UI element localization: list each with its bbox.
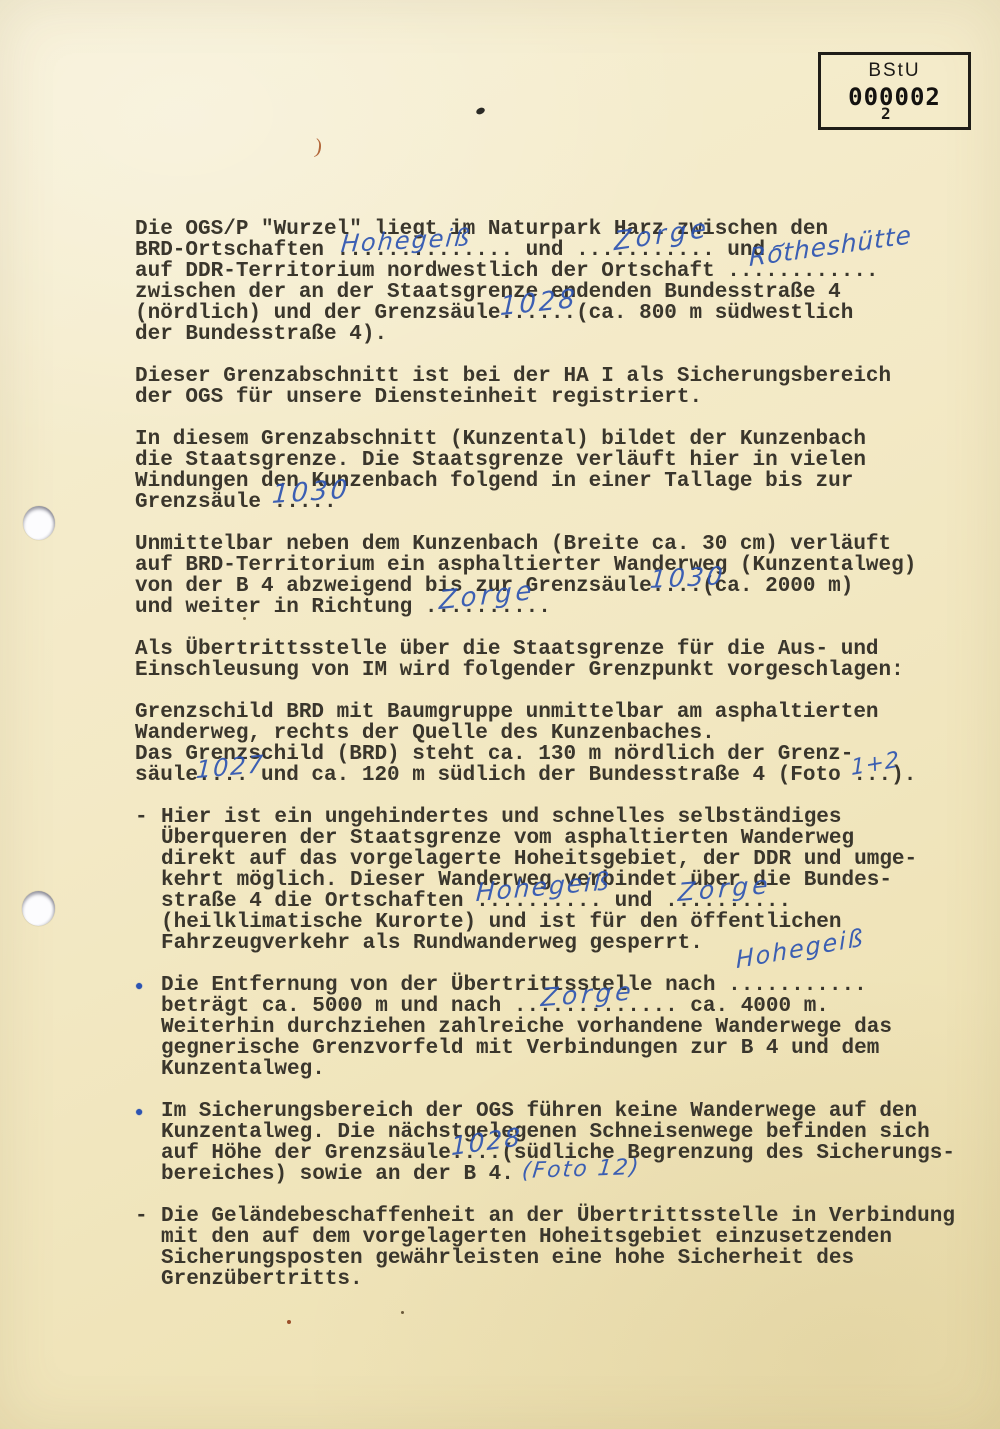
text-line: Kunzentalweg. xyxy=(161,1059,965,1080)
typed-text: der OGS für unsere Diensteinheit registr… xyxy=(135,386,702,409)
punch-hole-top xyxy=(23,506,55,540)
handwritten-annotation: Hohegeiß xyxy=(340,227,472,255)
text-line: Unmittelbar neben dem Kunzenbach (Breite… xyxy=(135,534,965,555)
typed-text: Die Entfernung von der Übertrittsstelle … xyxy=(161,974,728,997)
paragraph: Die OGS/P "Wurzel" liegt im Naturpark Ha… xyxy=(135,219,965,345)
typed-text: der Bundesstraße 4). xyxy=(135,323,387,346)
paragraph: In diesem Grenzabschnitt (Kunzental) bil… xyxy=(135,429,965,513)
handwritten-annotation: 1030 xyxy=(649,565,726,590)
typed-text: Grenzübertritts. xyxy=(161,1268,363,1291)
text-line: (nördlich) und der Grenzsäule1028......(… xyxy=(135,303,965,324)
text-line: von der B 4 abzweigend bis zur Grenzsäul… xyxy=(135,576,965,597)
typed-text: mit den auf dem vorgelagerten Hoheitsgeb… xyxy=(161,1226,892,1249)
typed-text: Unmittelbar neben dem Kunzenbach (Breite… xyxy=(135,533,891,556)
typed-text: Einschleusung von IM wird folgender Gren… xyxy=(135,659,904,682)
paragraph: Grenzschild BRD mit Baumgruppe unmittelb… xyxy=(135,702,965,786)
text-line: mit den auf dem vorgelagerten Hoheitsgeb… xyxy=(161,1227,965,1248)
typed-text: Im Sicherungsbereich der OGS führen kein… xyxy=(161,1100,917,1123)
paragraph: ●Im Sicherungsbereich der OGS führen kei… xyxy=(135,1101,965,1185)
paragraph: Unmittelbar neben dem Kunzenbach (Breite… xyxy=(135,534,965,618)
text-line: Hier ist ein ungehindertes und schnelles… xyxy=(161,807,965,828)
text-line: Die Geländebeschaffenheit an der Übertri… xyxy=(161,1206,965,1227)
text-line: Sicherungsposten gewährleisten eine hohe… xyxy=(161,1248,965,1269)
handwritten-annotation: 1030 xyxy=(271,479,350,506)
typed-text: direkt auf das vorgelagerte Hoheitsgebie… xyxy=(161,848,917,871)
handwritten-annotation: (Foto 12) xyxy=(521,1157,642,1182)
typed-text: säule xyxy=(135,764,198,787)
text-line: und weiter in Richtung .Zorge......... xyxy=(135,597,965,618)
text-line: Überqueren der Staatsgrenze vom asphalti… xyxy=(161,828,965,849)
typed-text: straße 4 die Ortschaften xyxy=(161,890,476,913)
scanned-document-page: BStU 000002 2 Die OGS/P "Wurzel" liegt i… xyxy=(0,0,1000,1429)
dash-bullet-marker: - xyxy=(135,1206,161,1227)
text-line: Kunzentalweg. Die nächstgelegenen Schnei… xyxy=(161,1122,965,1143)
typed-text: Dieser Grenzabschnitt ist bei der HA I a… xyxy=(135,365,891,388)
typed-text: (nördlich) und der Grenzsäule xyxy=(135,302,500,325)
handwritten-annotation: Zorge xyxy=(677,874,772,903)
text-line: gegnerische Grenzvorfeld mit Verbindunge… xyxy=(161,1038,965,1059)
typed-text: Hier ist ein ungehindertes und schnelles… xyxy=(161,806,842,829)
text-line: der OGS für unsere Diensteinheit registr… xyxy=(135,387,965,408)
stamp-serial-number: 000002 xyxy=(821,83,968,111)
text-line: direkt auf das vorgelagerte Hoheitsgebie… xyxy=(161,849,965,870)
bstu-stamp-box: BStU 000002 2 xyxy=(818,52,971,130)
text-line: Einschleusung von IM wird folgender Gren… xyxy=(135,660,965,681)
paragraph: Als Übertrittsstelle über die Staatsgren… xyxy=(135,639,965,681)
text-line: auf DDR-Territorium nordwestlich der Ort… xyxy=(135,261,965,282)
text-line: auf BRD-Territorium ein asphaltierter Wa… xyxy=(135,555,965,576)
stray-ink-mark: ) xyxy=(314,136,324,158)
handwritten-annotation: 1027 xyxy=(195,754,265,781)
stamp-label: BStU xyxy=(821,60,968,82)
dash-bullet-marker: - xyxy=(135,807,161,828)
paper-speck xyxy=(401,1311,404,1314)
typed-text: und weiter in Richtung . xyxy=(135,596,437,619)
typed-text: Fahrzeugverkehr als Rundwanderweg gesper… xyxy=(161,932,703,955)
handwritten-annotation: 1028 xyxy=(500,289,578,318)
typed-text: auf Höhe der Grenzsäule xyxy=(161,1142,451,1165)
typed-text: Die OGS/P "Wurzel" liegt im Naturpark Ha… xyxy=(135,218,828,241)
typed-text: auf BRD-Territorium ein asphaltierter Wa… xyxy=(135,554,916,577)
typed-text: Grenzsäule xyxy=(135,491,274,514)
typed-text: BRD-Ortschaften xyxy=(135,239,337,262)
text-line: Im Sicherungsbereich der OGS führen kein… xyxy=(161,1101,965,1122)
paragraph: Dieser Grenzabschnitt ist bei der HA I a… xyxy=(135,366,965,408)
text-line: Grenzschild BRD mit Baumgruppe unmittelb… xyxy=(135,702,965,723)
typed-text: .... und ca. 120 m südlich der Bundesstr… xyxy=(198,764,853,787)
typed-text: (heilklimatische Kurorte) und ist für de… xyxy=(161,911,842,934)
typed-text: beträgt ca. 5000 m und nach .. xyxy=(161,995,539,1018)
text-line: der Bundesstraße 4). xyxy=(135,324,965,345)
typed-text: bereiches) sowie an der B 4. xyxy=(161,1163,514,1186)
stamp-page-number: 2 xyxy=(881,104,891,123)
paper-speck xyxy=(475,106,486,115)
pen-bullet-marker: ● xyxy=(135,1101,161,1124)
typed-text: Grenzschild BRD mit Baumgruppe unmittelb… xyxy=(135,701,879,724)
typed-text: gegnerische Grenzvorfeld mit Verbindunge… xyxy=(161,1037,879,1060)
typed-text: Kunzentalweg. Die nächstgelegenen Schnei… xyxy=(161,1121,930,1144)
text-line: In diesem Grenzabschnitt (Kunzental) bil… xyxy=(135,429,965,450)
text-line: beträgt ca. 5000 m und nach ..Zorge.....… xyxy=(161,996,965,1017)
text-line: Weiterhin durchziehen zahlreiche vorhand… xyxy=(161,1017,965,1038)
handwritten-annotation: 1028 xyxy=(451,1126,522,1157)
typed-text: ........... xyxy=(728,974,867,997)
text-line: säule1027.... und ca. 120 m südlich der … xyxy=(135,765,965,786)
paper-speck xyxy=(287,1320,291,1324)
paragraph: ●Die Entfernung von der Übertrittsstelle… xyxy=(135,975,965,1080)
typed-text: Die Geländebeschaffenheit an der Übertri… xyxy=(161,1205,955,1228)
handwritten-annotation: Zorge xyxy=(540,980,635,1008)
pen-bullet-marker: ● xyxy=(135,975,161,998)
paper-speck xyxy=(243,617,246,620)
typed-text: die Staatsgrenze. Die Staatsgrenze verlä… xyxy=(135,449,866,472)
punch-hole-bottom xyxy=(22,891,55,926)
typed-text: von der B 4 abzweigend bis zur Grenzsäul… xyxy=(135,575,652,598)
typed-text: Weiterhin durchziehen zahlreiche vorhand… xyxy=(161,1016,892,1039)
typed-text: Kunzentalweg. xyxy=(161,1058,325,1081)
text-line: Wanderweg, rechts der Quelle des Kunzenb… xyxy=(135,723,965,744)
text-line: straße 4 die Ortschaften Hohegeiß.......… xyxy=(161,891,965,912)
text-line: Grenzübertritts. xyxy=(161,1269,965,1290)
handwritten-annotation: Zorge xyxy=(439,581,536,612)
document-body: Die OGS/P "Wurzel" liegt im Naturpark Ha… xyxy=(135,219,965,1311)
typed-text: Überqueren der Staatsgrenze vom asphalti… xyxy=(161,827,854,850)
text-line: Dieser Grenzabschnitt ist bei der HA I a… xyxy=(135,366,965,387)
typed-text: Als Übertrittsstelle über die Staatsgren… xyxy=(135,638,879,661)
typed-text: Sicherungsposten gewährleisten eine hohe… xyxy=(161,1247,854,1270)
typed-text: Wanderweg, rechts der Quelle des Kunzenb… xyxy=(135,722,715,745)
text-line: die Staatsgrenze. Die Staatsgrenze verlä… xyxy=(135,450,965,471)
text-line: bereiches) sowie an der B 4.(Foto 12) xyxy=(161,1164,965,1185)
typed-text: zwischen der an der Staatsgrenze endende… xyxy=(135,281,841,304)
typed-text: auf DDR-Territorium nordwestlich der Ort… xyxy=(135,260,753,283)
text-line: Als Übertrittsstelle über die Staatsgren… xyxy=(135,639,965,660)
text-line: Grenzsäule 1030..... xyxy=(135,492,965,513)
paragraph: -Die Geländebeschaffenheit an der Übertr… xyxy=(135,1206,965,1290)
typed-text: In diesem Grenzabschnitt (Kunzental) bil… xyxy=(135,428,866,451)
typed-text: Windungen den Kunzenbach folgend in eine… xyxy=(135,470,853,493)
text-line: Windungen den Kunzenbach folgend in eine… xyxy=(135,471,965,492)
